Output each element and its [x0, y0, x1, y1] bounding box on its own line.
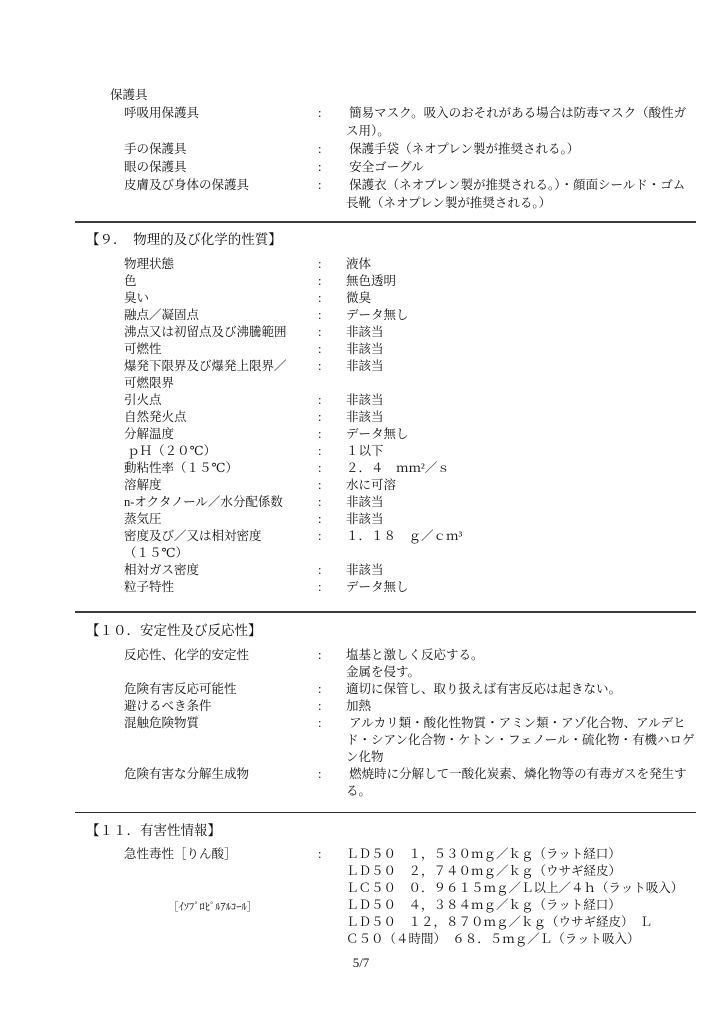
colon-separator: :	[318, 494, 346, 511]
property-row: 粒子特性 : データ無し	[124, 579, 704, 596]
acute-toxicity-label: 急性毒性［りん酸］	[124, 847, 237, 861]
property-value: 安全ゴーグル	[346, 158, 704, 176]
colon-separator: :	[318, 579, 346, 596]
property-row: 反応性、化学的安定性 : 塩基と激しく反応する。 金属を侵す。	[124, 647, 704, 681]
colon-separator: :	[318, 477, 346, 494]
property-row: 蒸気圧 : 非該当	[124, 511, 704, 528]
section-divider-rule	[75, 611, 696, 613]
property-row: 危険有害反応可能性 : 適切に保管し、取り扱えば有害反応は起きない。	[124, 681, 704, 698]
property-value: 加熱	[346, 698, 704, 715]
protective-equipment-rows: 呼吸用保護具 : 簡易マスク。吸入のおそれがある場合は防毒マスク（酸性ガ ス用）…	[124, 104, 704, 212]
property-row: 臭い : 微臭	[124, 290, 704, 307]
property-value: 燃焼時に分解して一酸化炭素、燐化物等の有毒ガスを発生す る。	[346, 766, 704, 800]
colon-separator: :	[318, 104, 346, 122]
protective-equipment-title: 保護具	[110, 86, 148, 104]
colon-separator: :	[318, 341, 346, 358]
property-row: 混触危険物質 : アルカリ類・酸化性物質・アミン類・アゾ化合物、アルデヒ ド・シ…	[124, 715, 704, 766]
property-label: 呼吸用保護具	[124, 104, 318, 122]
property-label: 沸点又は初留点及び沸騰範囲	[124, 324, 318, 341]
property-value: 無色透明	[346, 273, 704, 290]
property-label: 自然発火点	[124, 409, 318, 426]
property-label: 避けるべき条件	[124, 698, 318, 715]
page-number: 5/7	[0, 954, 722, 971]
property-value: 非該当	[346, 358, 704, 375]
property-row: 融点／凝固点 : データ無し	[124, 307, 704, 324]
property-label: 密度及び／又は相対密度 （１５℃）	[124, 528, 318, 562]
property-row: ｐＨ（２０℃） : １以下	[124, 443, 704, 460]
property-value: 非該当	[346, 409, 704, 426]
colon-separator: :	[318, 358, 346, 375]
property-label: 動粘性率（１５℃）	[124, 460, 318, 477]
property-label: 混触危険物質	[124, 715, 318, 732]
property-label: 爆発下限界及び爆発上限界／ 可燃限界	[124, 358, 318, 392]
colon-separator: :	[318, 766, 346, 783]
acute-toxicity-sub-label: ［ｲｿﾌﾟﾛﾋﾟﾙｱﾙｺｰﾙ］	[168, 899, 257, 916]
property-label: 引火点	[124, 392, 318, 409]
property-row: 眼の保護具 : 安全ゴーグル	[124, 158, 704, 176]
section9-heading: 【９． 物理的及び化学的性質】	[86, 231, 282, 248]
colon-separator: :	[318, 647, 346, 664]
section10-heading: 【１０．安定性及び反応性】	[86, 622, 262, 639]
section10-rows: 反応性、化学的安定性 : 塩基と激しく反応する。 金属を侵す。 危険有害反応可能…	[124, 647, 704, 800]
property-value: 非該当	[346, 392, 704, 409]
property-label: 物理状態	[124, 256, 318, 273]
sds-document-page: 保護具 呼吸用保護具 : 簡易マスク。吸入のおそれがある場合は防毒マスク（酸性ガ…	[0, 0, 722, 1024]
property-row: 色 : 無色透明	[124, 273, 704, 290]
property-label: 融点／凝固点	[124, 307, 318, 324]
colon-separator: :	[318, 256, 346, 273]
property-row: 物理状態 : 液体	[124, 256, 704, 273]
property-label: 反応性、化学的安定性	[124, 647, 318, 664]
colon-separator: :	[318, 528, 346, 545]
colon-separator: :	[318, 409, 346, 426]
property-label: 蒸気圧	[124, 511, 318, 528]
colon-separator: :	[318, 158, 346, 176]
property-value: １以下	[346, 443, 704, 460]
property-value: 微臭	[346, 290, 704, 307]
colon-separator: :	[318, 562, 346, 579]
property-label: 臭い	[124, 290, 318, 307]
property-label: 相対ガス密度	[124, 562, 318, 579]
acute-toxicity-label-cell: 急性毒性［りん酸］［ｲｿﾌﾟﾛﾋﾟﾙｱﾙｺｰﾙ］	[124, 846, 318, 863]
property-value: 保護手袋（ネオプレン製が推奨される。）	[346, 140, 704, 158]
property-value: 非該当	[346, 494, 704, 511]
property-label: 危険有害な分解生成物	[124, 766, 318, 783]
section-divider-rule	[75, 812, 696, 813]
colon-separator: :	[318, 511, 346, 528]
acute-toxicity-row: 急性毒性［りん酸］［ｲｿﾌﾟﾛﾋﾟﾙｱﾙｺｰﾙ］ : ＬＤ５０ １，５３０ｍｇ／…	[124, 846, 704, 948]
property-value: 非該当	[346, 324, 704, 341]
property-row: 沸点又は初留点及び沸騰範囲 : 非該当	[124, 324, 704, 341]
property-value: データ無し	[346, 579, 704, 596]
property-value: 液体	[346, 256, 704, 273]
colon-separator: :	[318, 392, 346, 409]
property-label: 粒子特性	[124, 579, 318, 596]
property-row: 手の保護具 : 保護手袋（ネオプレン製が推奨される。）	[124, 140, 704, 158]
property-label: 可燃性	[124, 341, 318, 358]
property-row: 溶解度 : 水に可溶	[124, 477, 704, 494]
property-row: 呼吸用保護具 : 簡易マスク。吸入のおそれがある場合は防毒マスク（酸性ガ ス用）…	[124, 104, 704, 140]
property-value: 塩基と激しく反応する。 金属を侵す。	[346, 647, 704, 681]
property-value: 水に可溶	[346, 477, 704, 494]
section11-heading: 【１１．有害性情報】	[86, 822, 221, 839]
property-row: 危険有害な分解生成物 : 燃焼時に分解して一酸化炭素、燐化物等の有毒ガスを発生す…	[124, 766, 704, 800]
acute-toxicity-values: ＬＤ５０ １，５３０ｍｇ／ｋｇ（ラット経口） ＬＤ５０ ２，７４０ｍｇ／ｋｇ（ウ…	[346, 846, 704, 948]
colon-separator: :	[318, 443, 346, 460]
property-row: 避けるべき条件 : 加熱	[124, 698, 704, 715]
property-label: 皮膚及び身体の保護具	[124, 176, 318, 194]
colon-separator: :	[318, 290, 346, 307]
property-value: 保護衣（ネオプレン製が推奨される。）・顔面シールド・ゴム 長靴（ネオプレン製が推…	[346, 176, 704, 212]
property-row: n-オクタノール／水分配係数 : 非該当	[124, 494, 704, 511]
property-row: 動粘性率（１５℃） : ２．４ ｍｍ²／ｓ	[124, 460, 704, 477]
property-label: n-オクタノール／水分配係数	[124, 494, 318, 511]
property-label: 溶解度	[124, 477, 318, 494]
section-divider-rule	[75, 221, 696, 223]
colon-separator: :	[318, 273, 346, 290]
property-row: 可燃性 : 非該当	[124, 341, 704, 358]
section9-rows: 物理状態 : 液体 色 : 無色透明 臭い : 微臭 融点／凝固点 : データ無…	[124, 256, 704, 596]
colon-separator: :	[318, 460, 346, 477]
colon-separator: :	[318, 698, 346, 715]
property-value: 簡易マスク。吸入のおそれがある場合は防毒マスク（酸性ガ ス用）。	[346, 104, 704, 140]
property-row: 相対ガス密度 : 非該当	[124, 562, 704, 579]
section11-rows: 急性毒性［りん酸］［ｲｿﾌﾟﾛﾋﾟﾙｱﾙｺｰﾙ］ : ＬＤ５０ １，５３０ｍｇ／…	[124, 846, 704, 948]
property-row: 皮膚及び身体の保護具 : 保護衣（ネオプレン製が推奨される。）・顔面シールド・ゴ…	[124, 176, 704, 212]
property-value: 非該当	[346, 511, 704, 528]
colon-separator: :	[318, 426, 346, 443]
colon-separator: :	[318, 715, 346, 732]
property-label: 色	[124, 273, 318, 290]
property-value: 非該当	[346, 562, 704, 579]
property-row: 爆発下限界及び爆発上限界／ 可燃限界 : 非該当	[124, 358, 704, 392]
property-value: データ無し	[346, 426, 704, 443]
colon-separator: :	[318, 307, 346, 324]
colon-separator: :	[318, 324, 346, 341]
property-row: 自然発火点 : 非該当	[124, 409, 704, 426]
colon-separator: :	[318, 846, 346, 863]
property-row: 密度及び／又は相対密度 （１５℃） : １．１８ ｇ／ｃｍ³	[124, 528, 704, 562]
colon-separator: :	[318, 681, 346, 698]
property-row: 分解温度 : データ無し	[124, 426, 704, 443]
property-label: 手の保護具	[124, 140, 318, 158]
property-label: ｐＨ（２０℃）	[124, 443, 318, 460]
property-label: 分解温度	[124, 426, 318, 443]
colon-separator: :	[318, 176, 346, 194]
property-label: 眼の保護具	[124, 158, 318, 176]
colon-separator: :	[318, 140, 346, 158]
property-value: アルカリ類・酸化性物質・アミン類・アゾ化合物、アルデヒ ド・シアン化合物・ケトン…	[346, 715, 704, 766]
property-value: １．１８ ｇ／ｃｍ³	[346, 528, 704, 545]
property-row: 引火点 : 非該当	[124, 392, 704, 409]
property-value: データ無し	[346, 307, 704, 324]
property-value: ２．４ ｍｍ²／ｓ	[346, 460, 704, 477]
property-value: 非該当	[346, 341, 704, 358]
property-label: 危険有害反応可能性	[124, 681, 318, 698]
property-value: 適切に保管し、取り扱えば有害反応は起きない。	[346, 681, 704, 698]
